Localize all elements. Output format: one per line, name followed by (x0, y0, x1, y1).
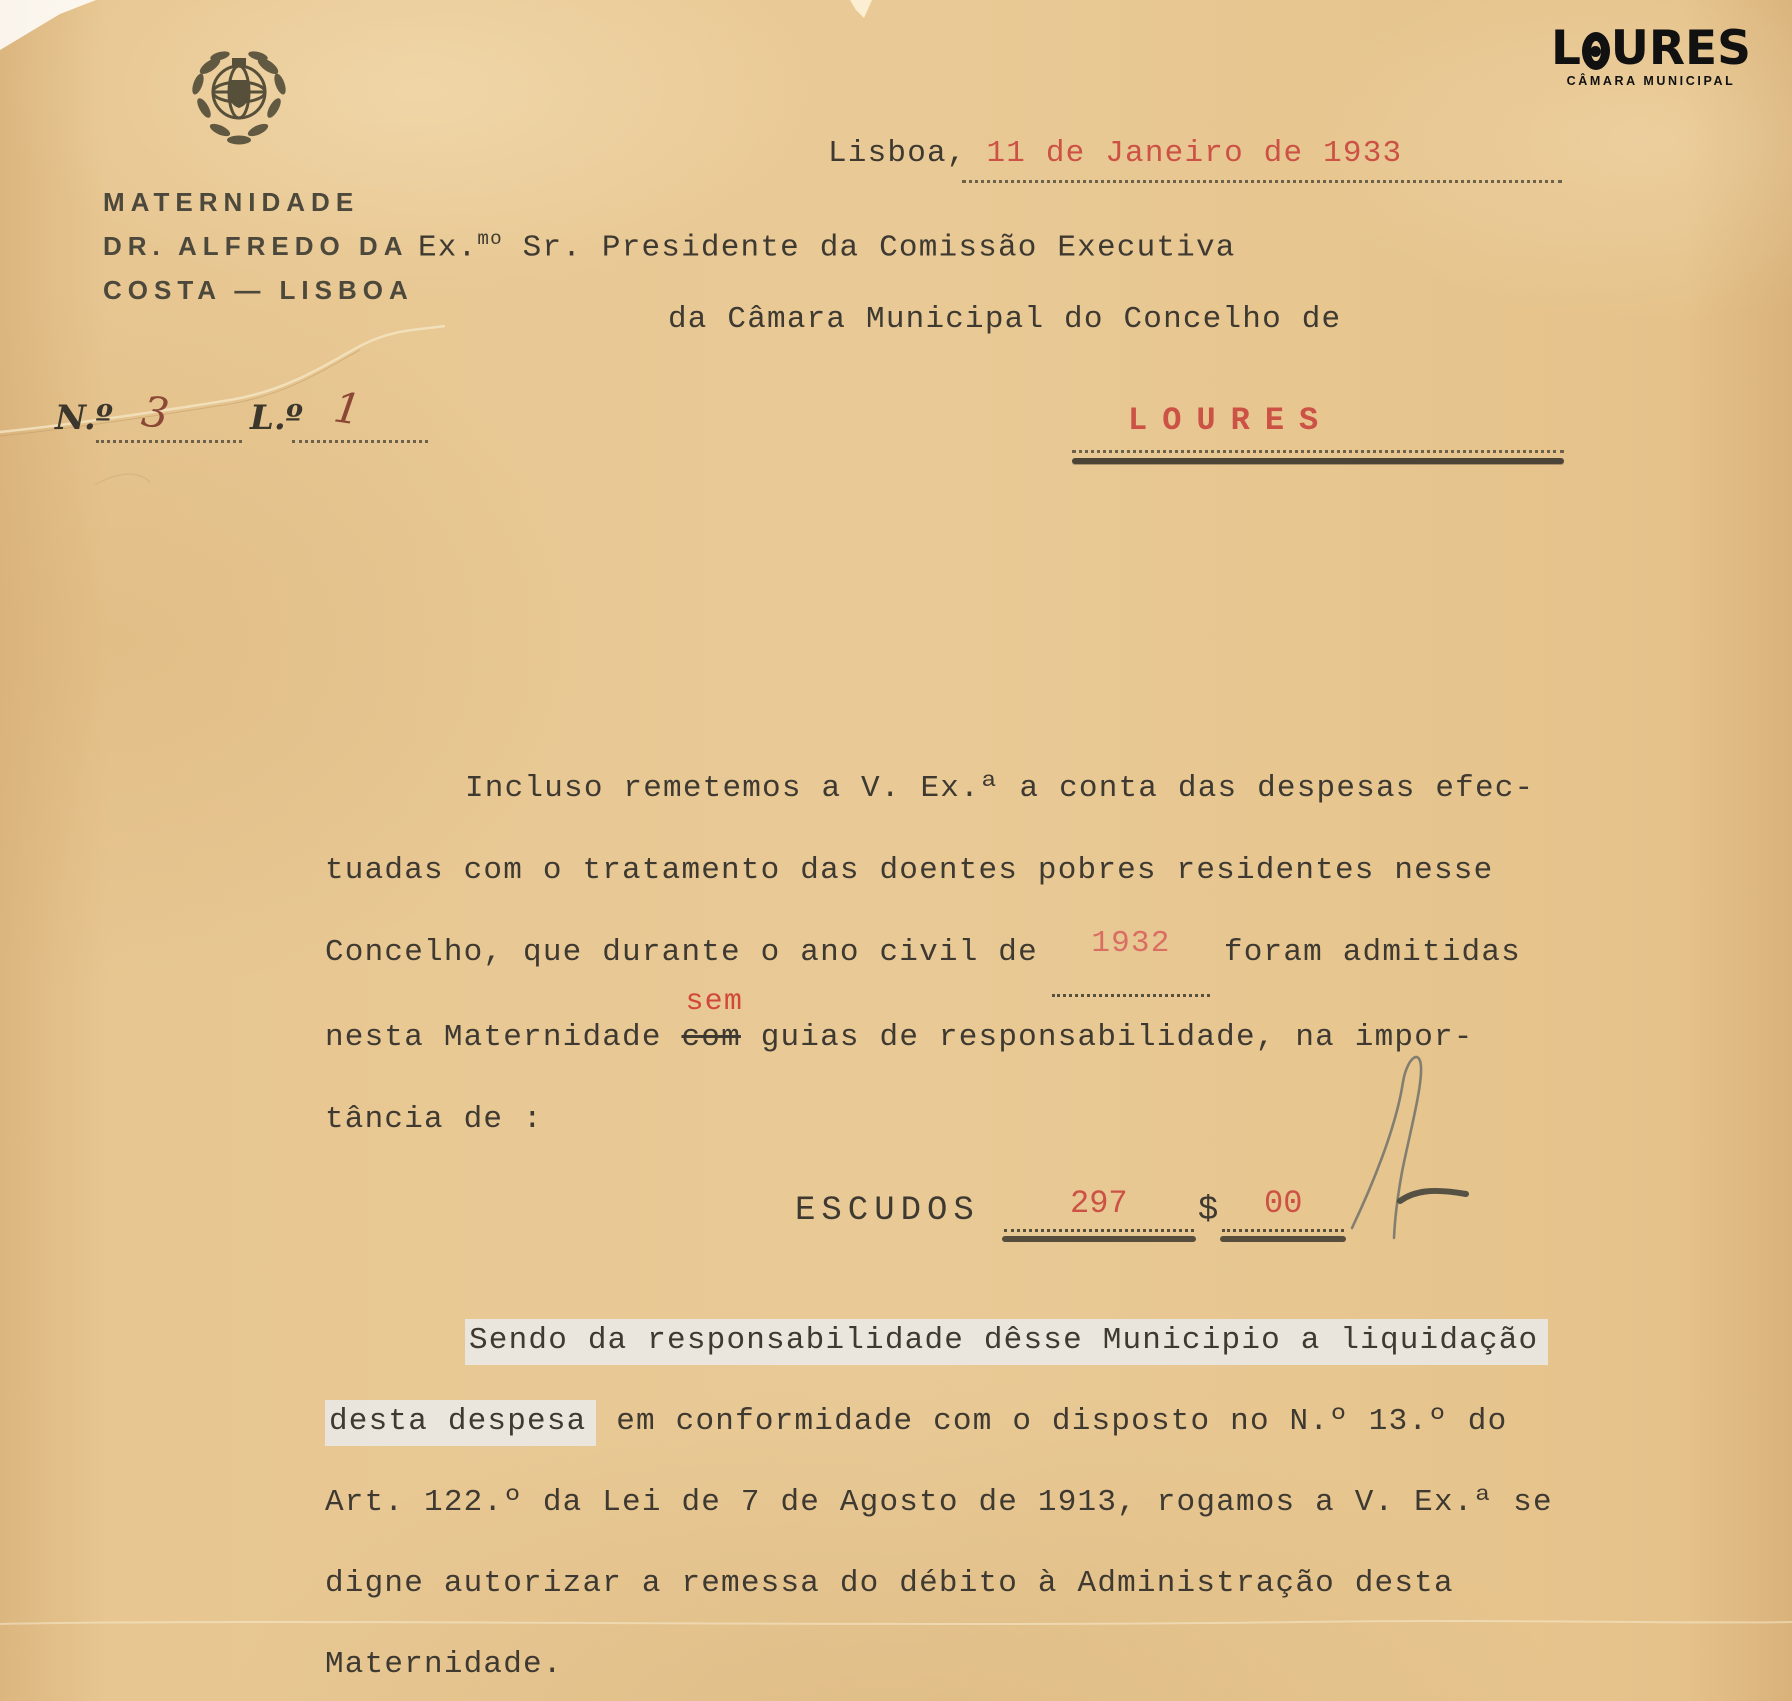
amount-centavos-blank: 00 (1222, 1192, 1344, 1232)
amount-centavos-value: 00 (1264, 1185, 1302, 1222)
amount-escudos-blank: 297 (1004, 1192, 1194, 1232)
dateline-city: Lisboa, (828, 136, 967, 171)
year-fill-blank: 1932 (1052, 912, 1210, 997)
correction-overtyped: sem (685, 961, 743, 1043)
dateline-dotted-rule (962, 180, 1562, 183)
corrected-word: comsem (681, 997, 740, 1079)
p2-line-4: digne autorizar a remessa do débito à Ad… (325, 1543, 1553, 1624)
p2-line-3: Art. 122.º da Lei de 7 de Agosto de 1913… (325, 1462, 1553, 1543)
p1-line-2: tuadas com o tratamento das doentes pobr… (325, 830, 1534, 912)
ref-number-dotted-rule (96, 440, 242, 443)
logo-o-pin-icon (1582, 32, 1610, 70)
p1-line-1: Incluso remetemos a V. Ex.ª a conta das … (465, 748, 1534, 830)
dateline: Lisboa, 11 de Janeiro de 1933 (828, 136, 1402, 171)
body-paragraph-1: Incluso remetemos a V. Ex.ª a conta das … (325, 748, 1534, 1161)
p2-line-2: desta despesa em conformidade com o disp… (325, 1381, 1553, 1462)
org-line-1: MATERNIDADE (103, 180, 414, 224)
ref-book-value-handwritten: 1 (331, 382, 364, 434)
logo-letters-ures: URES (1611, 26, 1751, 72)
coat-of-arms-emblem (180, 46, 298, 155)
scanned-letter-page: MATERNIDADE DR. ALFREDO DA COSTA — LISBO… (0, 0, 1792, 1701)
p2-line-5: Maternidade. (325, 1624, 1553, 1701)
body-paragraph-2: Sendo da responsabilidade dêsse Municipi… (325, 1300, 1553, 1701)
municipality-underline (1072, 450, 1564, 464)
amount-escudos-value: 297 (1070, 1185, 1128, 1222)
p1-line-4: nesta Maternidade comsem guias de respon… (325, 997, 1534, 1079)
loures-logo: LURES CÂMARA MUNICIPAL (1551, 26, 1751, 88)
logo-letter-l: L (1551, 26, 1581, 72)
recipient-municipality: LOURES (1128, 402, 1333, 439)
ref-book-label: L.º (250, 398, 303, 438)
amount-line: ESCUDOS297$00 (795, 1192, 1344, 1232)
loures-logo-wordmark: LURES (1551, 26, 1751, 72)
year-value: 1932 (1091, 926, 1170, 961)
recipient-line-1: Ex.mo Sr. Presidente da Comissão Executi… (418, 228, 1236, 265)
org-line-3: COSTA — LISBOA (103, 268, 414, 312)
dateline-date-value: 11 de Janeiro de 1933 (986, 136, 1402, 171)
org-line-2: DR. ALFREDO DA (103, 224, 414, 268)
p1-line-3: Concelho, que durante o ano civil de1932… (325, 912, 1534, 997)
ref-number-value-handwritten: 3 (139, 386, 172, 438)
loures-logo-subtitle: CÂMARA MUNICIPAL (1551, 74, 1751, 88)
ref-number-label: N.º (55, 398, 113, 438)
p1-line-5: tância de : (325, 1079, 1534, 1161)
p2-line-1: Sendo da responsabilidade dêsse Municipi… (465, 1300, 1553, 1381)
letterhead-org-name: MATERNIDADE DR. ALFREDO DA COSTA — LISBO… (103, 180, 414, 312)
amount-label: ESCUDOS (795, 1192, 980, 1230)
ref-book-dotted-rule (292, 440, 428, 443)
recipient-line-2: da Câmara Municipal do Concelho de (668, 302, 1341, 337)
escudo-currency-sign: $ (1194, 1192, 1222, 1230)
